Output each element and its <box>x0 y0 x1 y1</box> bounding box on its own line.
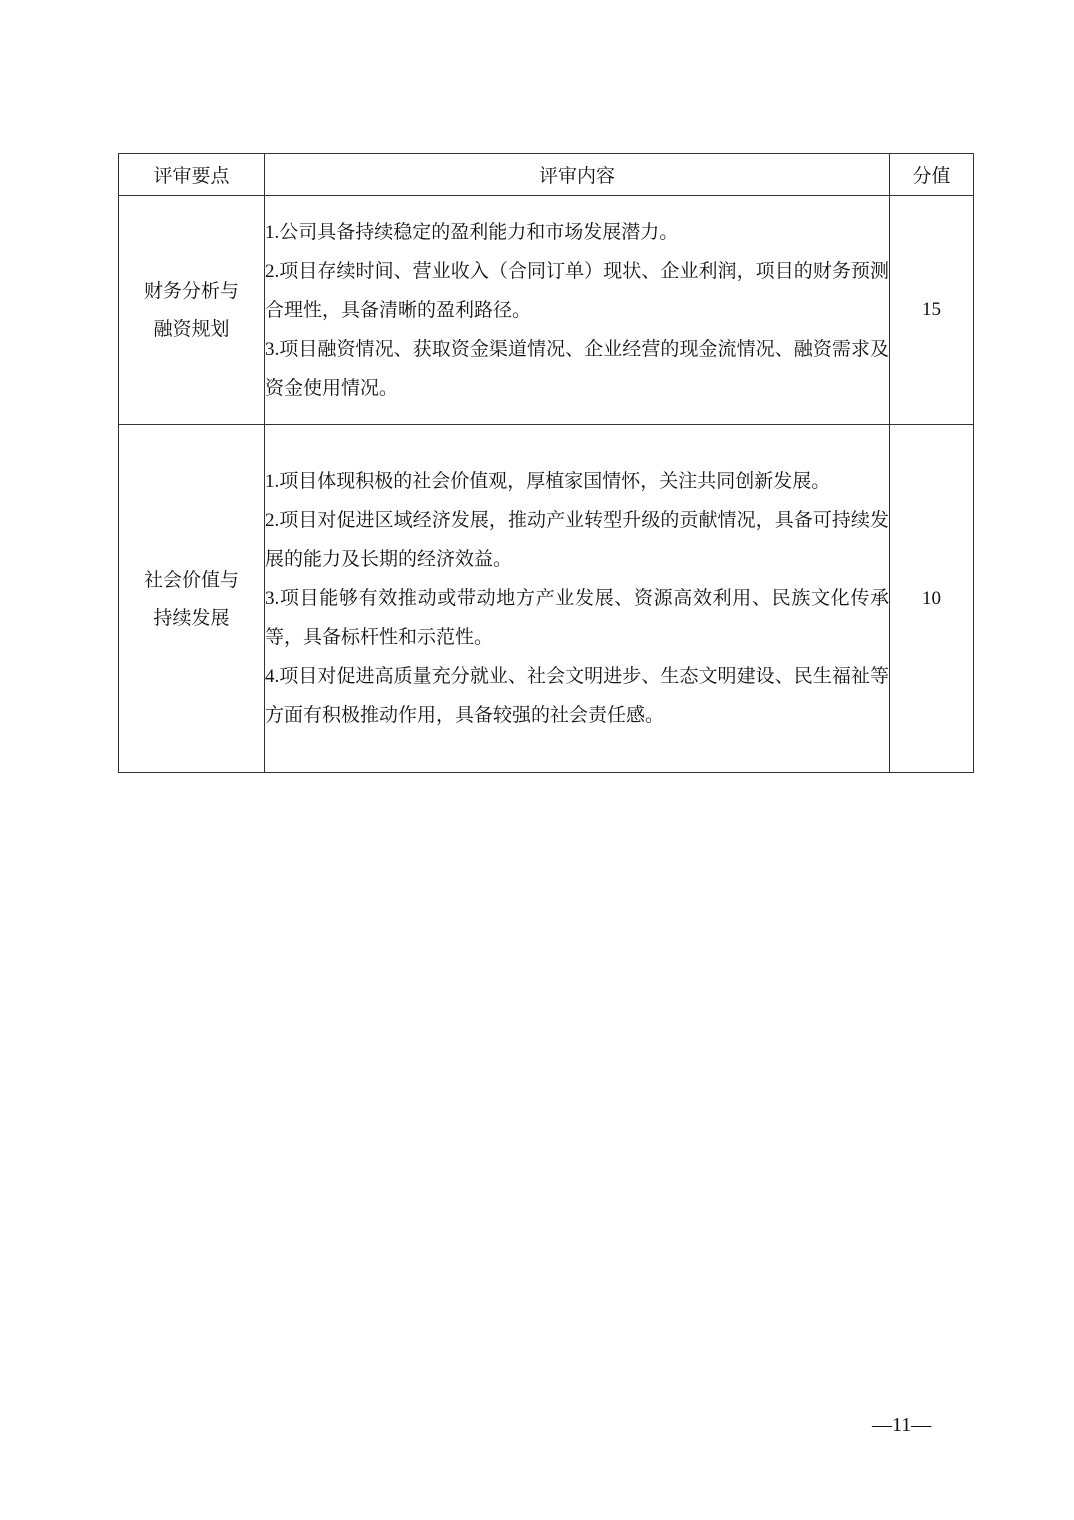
review-point-cell: 财务分析与 融资规划 <box>119 196 265 425</box>
criteria-item: 2.项目存续时间、营业收入（合同订单）现状、企业利润，项目的财务预测合理性，具备… <box>265 252 889 330</box>
page-number: —11— <box>872 1414 931 1437</box>
review-point-label: 社会价值与 <box>119 561 264 599</box>
criteria-item: 2.项目对促进区域经济发展，推动产业转型升级的贡献情况，具备可持续发展的能力及长… <box>265 501 889 579</box>
header-review-point: 评审要点 <box>119 154 265 196</box>
score-value: 10 <box>890 425 974 773</box>
score-value: 15 <box>890 196 974 425</box>
review-content-cell: 1.项目体现积极的社会价值观，厚植家国情怀，关注共同创新发展。 2.项目对促进区… <box>265 425 890 773</box>
table-row: 财务分析与 融资规划 1.公司具备持续稳定的盈利能力和市场发展潜力。 2.项目存… <box>119 196 974 425</box>
criteria-item: 3.项目能够有效推动或带动地方产业发展、资源高效利用、民族文化传承等，具备标杆性… <box>265 579 889 657</box>
table-row: 社会价值与 持续发展 1.项目体现积极的社会价值观，厚植家国情怀，关注共同创新发… <box>119 425 974 773</box>
review-content-cell: 1.公司具备持续稳定的盈利能力和市场发展潜力。 2.项目存续时间、营业收入（合同… <box>265 196 890 425</box>
scoring-table: 评审要点 评审内容 分值 财务分析与 融资规划 1.公司具备持续稳定的盈利能力和… <box>118 153 974 773</box>
table-header-row: 评审要点 评审内容 分值 <box>119 154 974 196</box>
header-review-content: 评审内容 <box>265 154 890 196</box>
criteria-item: 1.项目体现积极的社会价值观，厚植家国情怀，关注共同创新发展。 <box>265 462 889 501</box>
review-point-label: 持续发展 <box>119 599 264 637</box>
review-point-label: 融资规划 <box>119 310 264 348</box>
criteria-item: 3.项目融资情况、获取资金渠道情况、企业经营的现金流情况、融资需求及资金使用情况… <box>265 330 889 408</box>
criteria-item: 4.项目对促进高质量充分就业、社会文明进步、生态文明建设、民生福祉等方面有积极推… <box>265 657 889 735</box>
review-point-cell: 社会价值与 持续发展 <box>119 425 265 773</box>
criteria-item: 1.公司具备持续稳定的盈利能力和市场发展潜力。 <box>265 213 889 252</box>
review-point-label: 财务分析与 <box>119 272 264 310</box>
header-score: 分值 <box>890 154 974 196</box>
